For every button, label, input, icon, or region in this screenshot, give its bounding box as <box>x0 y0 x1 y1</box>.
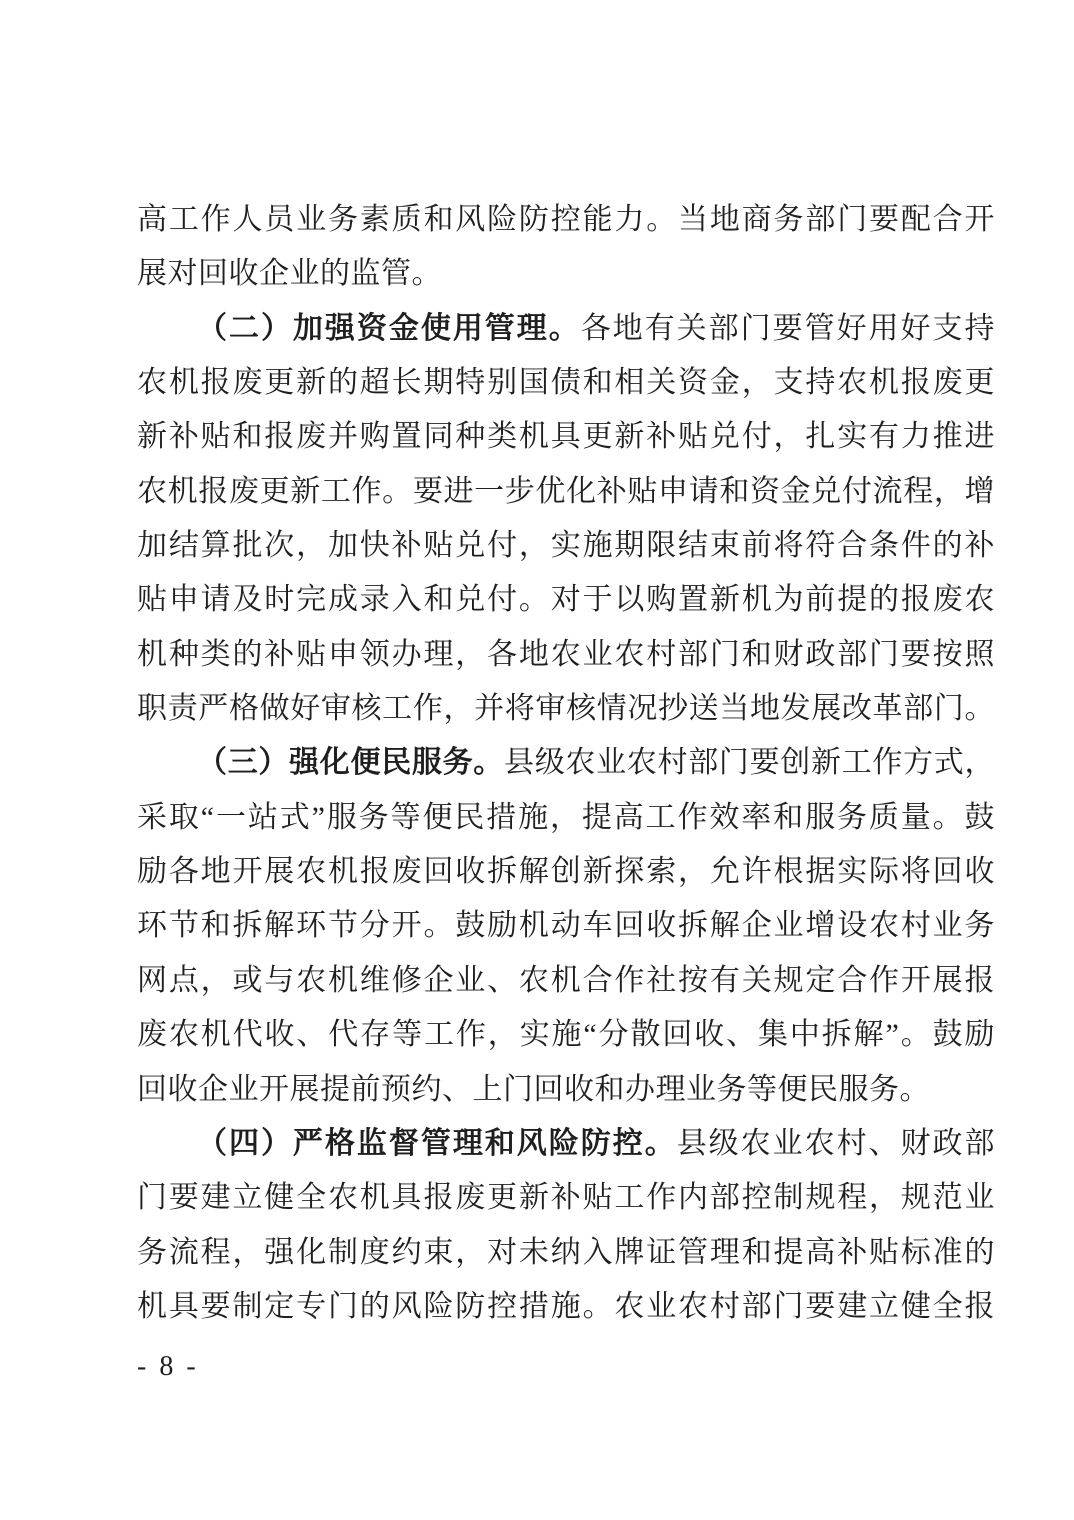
line-text: 展对回收企业的监管。 <box>137 257 442 290</box>
text-line: （三）强化便民服务。县级农业农村部门要创新工作方式， <box>137 736 995 790</box>
line-text: 务流程，强化制度约束，对未纳入牌证管理和提高补贴标准的 <box>137 1236 995 1269</box>
line-text: 县级农业农村、财政部 <box>677 1127 995 1160</box>
paragraph-lead: （三）强化便民服务。 <box>197 746 504 779</box>
document-body: 高工作人员业务素质和风险防控能力。当地商务部门要配合开 展对回收企业的监管。 （… <box>137 193 995 1334</box>
text-line: 环节和拆解环节分开。鼓励机动车回收拆解企业增设农村业务 <box>137 899 995 953</box>
text-line: 贴申请及时完成录入和兑付。对于以购置新机为前提的报废农 <box>137 573 995 627</box>
line-text: 新补贴和报废并购置同种类机具更新补贴兑付，扎实有力推进 <box>137 420 995 453</box>
line-text: 贴申请及时完成录入和兑付。对于以购置新机为前提的报废农 <box>137 583 995 616</box>
line-text: 废农机代收、代存等工作，实施“分散回收、集中拆解”。鼓励 <box>137 1018 995 1051</box>
text-line: 网点，或与农机维修企业、农机合作社按有关规定合作开展报 <box>137 954 995 1008</box>
line-text: 农机报废更新的超长期特别国债和相关资金，支持农机报废更 <box>137 366 995 399</box>
text-line: 励各地开展农机报废回收拆解创新探索，允许根据实际将回收 <box>137 845 995 899</box>
text-line: 门要建立健全农机具报废更新补贴工作内部控制规程，规范业 <box>137 1171 995 1225</box>
paragraph-lead: （四）严格监督管理和风险防控。 <box>197 1127 677 1160</box>
text-line: 机种类的补贴申领办理，各地农业农村部门和财政部门要按照 <box>137 628 995 682</box>
text-line: 采取“一站式”服务等便民措施，提高工作效率和服务质量。鼓 <box>137 791 995 845</box>
text-line: 加结算批次，加快补贴兑付，实施期限结束前将符合条件的补 <box>137 519 995 573</box>
text-line: （四）严格监督管理和风险防控。县级农业农村、财政部 <box>137 1117 995 1171</box>
line-text: 励各地开展农机报废回收拆解创新探索，允许根据实际将回收 <box>137 855 995 888</box>
line-text: 加结算批次，加快补贴兑付，实施期限结束前将符合条件的补 <box>137 529 995 562</box>
line-text: 环节和拆解环节分开。鼓励机动车回收拆解企业增设农村业务 <box>137 909 995 942</box>
text-line: 高工作人员业务素质和风险防控能力。当地商务部门要配合开 <box>137 193 995 247</box>
line-text: 机种类的补贴申领办理，各地农业农村部门和财政部门要按照 <box>137 638 995 671</box>
line-text: 各地有关部门要管好用好支持 <box>581 312 995 345</box>
text-line: 展对回收企业的监管。 <box>137 247 995 301</box>
line-text: 高工作人员业务素质和风险防控能力。当地商务部门要配合开 <box>137 203 995 236</box>
line-text: 职责严格做好审核工作，并将审核情况抄送当地发展改革部门。 <box>137 692 995 725</box>
text-line: 废农机代收、代存等工作，实施“分散回收、集中拆解”。鼓励 <box>137 1008 995 1062</box>
document-page: 高工作人员业务素质和风险防控能力。当地商务部门要配合开 展对回收企业的监管。 （… <box>0 0 1074 1520</box>
line-text: 机具要制定专门的风险防控措施。农业农村部门要建立健全报 <box>137 1290 995 1323</box>
line-text: 网点，或与农机维修企业、农机合作社按有关规定合作开展报 <box>137 964 995 997</box>
text-line: 农机报废更新工作。要进一步优化补贴申请和资金兑付流程，增 <box>137 465 995 519</box>
paragraph-lead: （二）加强资金使用管理。 <box>197 312 581 345</box>
page-number: - 8 - <box>137 1347 199 1387</box>
line-text: 农机报废更新工作。要进一步优化补贴申请和资金兑付流程，增 <box>137 475 995 508</box>
line-text: 门要建立健全农机具报废更新补贴工作内部控制规程，规范业 <box>137 1181 995 1214</box>
text-line: 农机报废更新的超长期特别国债和相关资金，支持农机报废更 <box>137 356 995 410</box>
line-text: 采取“一站式”服务等便民措施，提高工作效率和服务质量。鼓 <box>137 801 995 834</box>
text-line: 机具要制定专门的风险防控措施。农业农村部门要建立健全报 <box>137 1280 995 1334</box>
text-line: 职责严格做好审核工作，并将审核情况抄送当地发展改革部门。 <box>137 682 995 736</box>
text-line: 务流程，强化制度约束，对未纳入牌证管理和提高补贴标准的 <box>137 1226 995 1280</box>
line-text: 回收企业开展提前预约、上门回收和办理业务等便民服务。 <box>137 1073 930 1106</box>
text-line: 回收企业开展提前预约、上门回收和办理业务等便民服务。 <box>137 1063 995 1117</box>
line-text: 县级农业农村部门要创新工作方式， <box>504 746 995 779</box>
text-line: （二）加强资金使用管理。各地有关部门要管好用好支持 <box>137 302 995 356</box>
text-line: 新补贴和报废并购置同种类机具更新补贴兑付，扎实有力推进 <box>137 410 995 464</box>
